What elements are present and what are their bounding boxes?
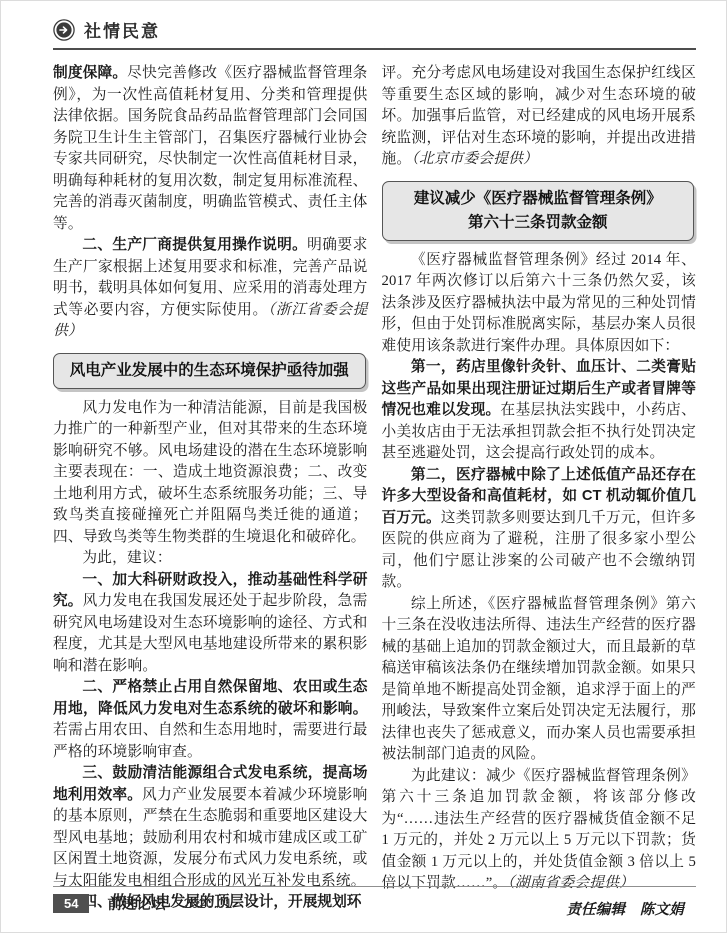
paragraph: 为此建议：减少《医疗器械监督管理条例》第六十三条追加罚款金额，将该部分修改为“……	[382, 766, 697, 895]
paragraph: 为此，建议：	[53, 548, 368, 570]
magazine-page: 社情民意 制度保障。尽快完善修改《医疗器械监督管理条例》，为一次性高值耗材复用、…	[0, 0, 727, 933]
paragraph: 二、生产厂商提供复用操作说明。明确要求生产厂家根据上述复用要求和标准，完善产品说…	[53, 235, 368, 343]
paragraph: 第一，药店里像针灸针、血压计、二类膏贴这些产品如果出现注册证过期后生产或者冒牌等…	[382, 357, 697, 465]
paragraph-text: 风力发电在我国发展还处于起步阶段，急需研究风电场建设对生态环境影响的途径、方式和…	[53, 593, 368, 674]
footer-row: 54 前进论坛 2020.01	[53, 893, 696, 914]
article-title-line2: 第六十三条罚款金额	[389, 211, 688, 235]
page-number-badge: 54	[53, 894, 89, 913]
right-column: 评。充分考虑风电场建设对我国生态保护红线区等重要生态区域的影响，减少对生态环境的…	[382, 63, 697, 921]
page-footer: 54 前进论坛 2020.01	[53, 886, 696, 914]
article-title: 风电产业发展中的生态环境保护亟待加强	[60, 359, 359, 383]
footer-divider	[53, 886, 696, 887]
journal-name: 前进论坛	[107, 893, 165, 914]
paragraph: 第二，医疗器械中除了上述低值产品还存在许多大型设备和高值耗材，如 CT 机动辄价…	[382, 465, 697, 594]
article-title-box-medical: 建议减少《医疗器械监督管理条例》 第六十三条罚款金额	[382, 181, 695, 241]
article-title-line1: 建议减少《医疗器械监督管理条例》	[389, 187, 688, 211]
arrow-right-circle-icon	[53, 19, 75, 41]
paragraph: 制度保障。尽快完善修改《医疗器械监督管理条例》，为一次性高值耗材复用、分类和管理…	[53, 63, 368, 235]
paragraph: 一、加大科研财政投入，推动基础性科学研究。风力发电在我国发展还处于起步阶段，急需…	[53, 570, 368, 678]
paragraph-text: 《医疗器械监督管理条例》经过 2014 年、2017 年两次修订以后第六十三条仍…	[382, 252, 697, 354]
bold-lead: 制度保障。	[53, 65, 127, 81]
source-attribution: （北京市委会提供）	[411, 151, 538, 167]
paragraph-text: 为此建议：减少《医疗器械监督管理条例》第六十三条追加罚款金额，将该部分修改为“……	[382, 768, 697, 892]
paragraph-text: 风力发电作为一种清洁能源，目前是我国极力推广的一种新型产业，但对其带来的生态环境…	[53, 400, 368, 545]
paragraph: 综上所述，《医疗器械监督管理条例》第六十三条在没收违法所得、违法生产经营的医疗器…	[382, 594, 697, 766]
paragraph-text: 综上所述，《医疗器械监督管理条例》第六十三条在没收违法所得、违法生产经营的医疗器…	[382, 596, 697, 763]
paragraph: 评。充分考虑风电场建设对我国生态保护红线区等重要生态区域的影响，减少对生态环境的…	[382, 63, 697, 171]
paragraph-text: 若需占用农田、自然和生态用地时，需要进行最严格的环境影响审查。	[53, 722, 368, 760]
article-title-box-wind: 风电产业发展中的生态环境保护亟待加强	[53, 353, 366, 389]
paragraph: 三、鼓励清洁能源组合式发电系统，提高场地利用效率。风力产业发展要本着减少环境影响…	[53, 763, 368, 892]
section-title: 社情民意	[84, 17, 160, 42]
section-header: 社情民意	[53, 17, 696, 50]
left-column: 制度保障。尽快完善修改《医疗器械监督管理条例》，为一次性高值耗材复用、分类和管理…	[53, 63, 368, 921]
two-column-body: 制度保障。尽快完善修改《医疗器械监督管理条例》，为一次性高值耗材复用、分类和管理…	[53, 63, 696, 921]
issue-number: 2020.01	[183, 896, 232, 911]
bold-lead: 二、生产厂商提供复用操作说明。	[82, 237, 307, 253]
bold-lead: 二、严格禁止占用自然保留地、农田或生态用地，降低风力发电对生态系统的破坏和影响。	[53, 679, 368, 717]
paragraph: 二、严格禁止占用自然保留地、农田或生态用地，降低风力发电对生态系统的破坏和影响。…	[53, 677, 368, 763]
paragraph-text: 为此，建议：	[82, 550, 171, 566]
paragraph: 《医疗器械监督管理条例》经过 2014 年、2017 年两次修订以后第六十三条仍…	[382, 250, 697, 358]
paragraph-text: 尽快完善修改《医疗器械监督管理条例》，为一次性高值耗材复用、分类和管理提供法律依…	[53, 65, 368, 232]
paragraph: 风力发电作为一种清洁能源，目前是我国极力推广的一种新型产业，但对其带来的生态环境…	[53, 398, 368, 549]
